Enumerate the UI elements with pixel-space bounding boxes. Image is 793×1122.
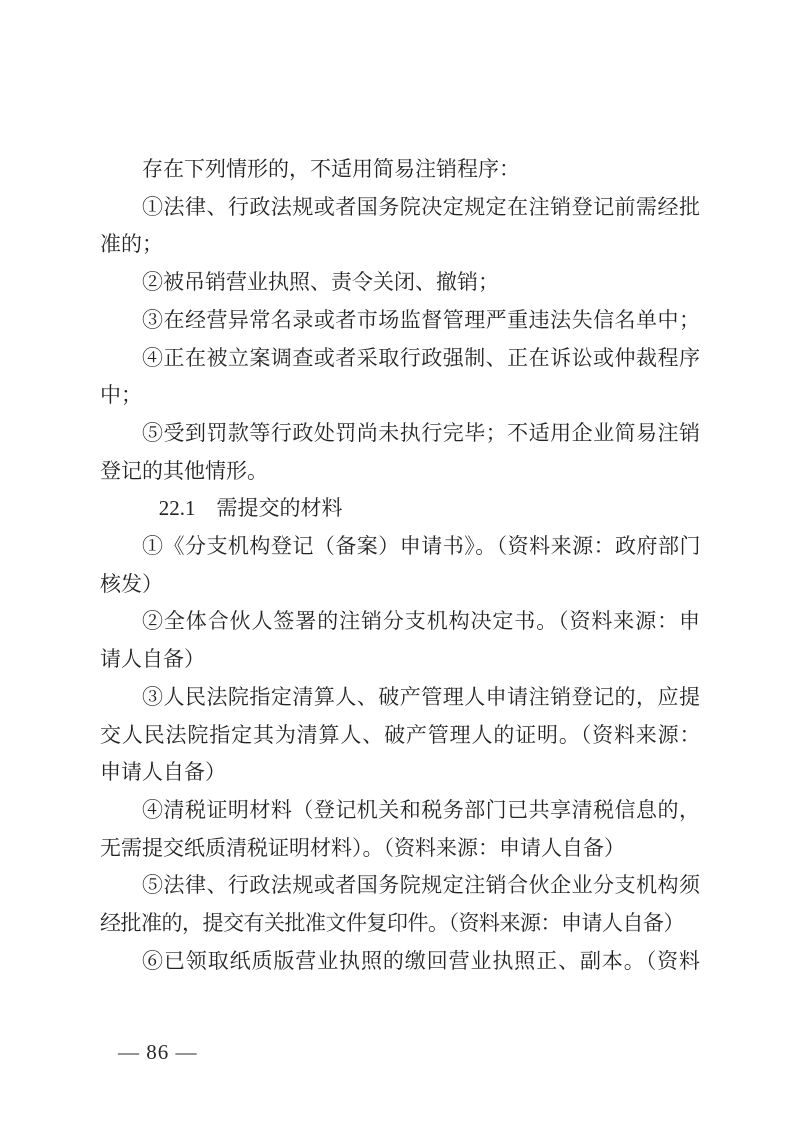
text-line: ④清税证明材料（登记机关和税务部门已共享清税信息的， [100, 792, 700, 830]
text-line: 核发） [100, 566, 700, 604]
text-line: 存在下列情形的，不适用简易注销程序： [100, 151, 700, 189]
text-line: 交人民法院指定其为清算人、破产管理人的证明。（资料来源： [100, 717, 700, 755]
text-line: 准的； [100, 226, 700, 264]
paragraph: ②被吊销营业执照、责令关闭、撤销； [100, 264, 700, 302]
paragraph: ⑥已领取纸质版营业执照的缴回营业执照正、副本。（资料 [100, 943, 700, 981]
text-line: 经批准的，提交有关批准文件复印件。（资料来源：申请人自备） [100, 905, 700, 943]
paragraph: ①《分支机构登记（备案）申请书》。（资料来源：政府部门核发） [100, 528, 700, 603]
paragraph: 存在下列情形的，不适用简易注销程序： [100, 151, 700, 189]
text-line: ③在经营异常名录或者市场监督管理严重违法失信名单中； [100, 302, 700, 340]
text-line: 22.1 需提交的材料 [100, 490, 700, 528]
text-line: 登记的其他情形。 [100, 453, 700, 491]
text-line: ③人民法院指定清算人、破产管理人申请注销登记的，应提 [100, 679, 700, 717]
text-line: ①《分支机构登记（备案）申请书》。（资料来源：政府部门 [100, 528, 700, 566]
text-line: ④正在被立案调查或者采取行政强制、正在诉讼或仲裁程序 [100, 340, 700, 378]
text-line: 中； [100, 377, 700, 415]
paragraph: ②全体合伙人签署的注销分支机构决定书。（资料来源：申请人自备） [100, 603, 700, 678]
paragraph: ⑤受到罚款等行政处罚尚未执行完毕；不适用企业简易注销登记的其他情形。 [100, 415, 700, 490]
text-line: ①法律、行政法规或者国务院决定规定在注销登记前需经批 [100, 189, 700, 227]
text-line: 无需提交纸质清税证明材料）。（资料来源：申请人自备） [100, 830, 700, 868]
document-page: 存在下列情形的，不适用简易注销程序：①法律、行政法规或者国务院决定规定在注销登记… [0, 0, 793, 1122]
paragraph: ④正在被立案调查或者采取行政强制、正在诉讼或仲裁程序中； [100, 340, 700, 415]
text-line: 请人自备） [100, 641, 700, 679]
text-line: ②全体合伙人签署的注销分支机构决定书。（资料来源：申 [100, 603, 700, 641]
page-number: — 86 — [118, 1038, 198, 1066]
paragraph: ①法律、行政法规或者国务院决定规定在注销登记前需经批准的； [100, 189, 700, 264]
document-body: 存在下列情形的，不适用简易注销程序：①法律、行政法规或者国务院决定规定在注销登记… [100, 151, 700, 980]
paragraph: ④清税证明材料（登记机关和税务部门已共享清税信息的，无需提交纸质清税证明材料）。… [100, 792, 700, 867]
section-heading: 22.1 需提交的材料 [100, 490, 700, 528]
paragraph: ③人民法院指定清算人、破产管理人申请注销登记的，应提交人民法院指定其为清算人、破… [100, 679, 700, 792]
text-line: ⑥已领取纸质版营业执照的缴回营业执照正、副本。（资料 [100, 943, 700, 981]
text-line: ⑤受到罚款等行政处罚尚未执行完毕；不适用企业简易注销 [100, 415, 700, 453]
paragraph: ③在经营异常名录或者市场监督管理严重违法失信名单中； [100, 302, 700, 340]
text-line: ②被吊销营业执照、责令关闭、撤销； [100, 264, 700, 302]
text-line: 申请人自备） [100, 754, 700, 792]
paragraph: ⑤法律、行政法规或者国务院规定注销合伙企业分支机构须经批准的，提交有关批准文件复… [100, 867, 700, 942]
text-line: ⑤法律、行政法规或者国务院规定注销合伙企业分支机构须 [100, 867, 700, 905]
